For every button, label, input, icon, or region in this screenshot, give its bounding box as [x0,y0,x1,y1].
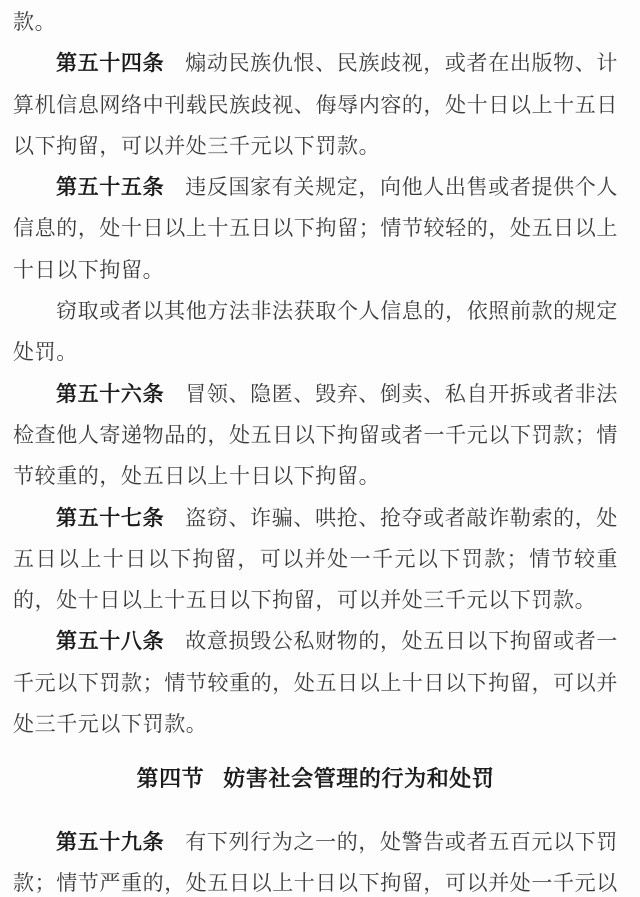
article-55-clause-2-paragraph: 窃取或者以其他方法非法获取个人信息的，依照前款的规定处罚。 [13,291,618,374]
paragraph-text: 款。 [13,10,56,34]
document-page: 款。 第五十四条煽动民族仇恨、民族歧视，或者在出版物、计算机信息网络中刊载民族歧… [0,0,640,897]
article-55-number: 第五十五条 [56,176,185,199]
article-55-clause-2-text: 窃取或者以其他方法非法获取个人信息的，依照前款的规定处罚。 [13,299,618,364]
article-58-paragraph: 第五十八条故意损毁公私财物的，处五日以下拘留或者一千元以下罚款；情节较重的，处五… [13,621,618,745]
article-59-number: 第五十九条 [56,831,185,854]
article-54-number: 第五十四条 [56,52,185,75]
article-56-paragraph: 第五十六条冒领、隐匿、毁弃、倒卖、私自开拆或者非法检查他人寄递物品的，处五日以下… [13,374,618,498]
article-56-number: 第五十六条 [56,383,185,406]
article-54-paragraph: 第五十四条煽动民族仇恨、民族歧视，或者在出版物、计算机信息网络中刊载民族歧视、侮… [13,43,618,167]
section-heading: 第四节妨害社会管理的行为和处罚 [13,758,618,799]
paragraph-continuation: 款。 [13,2,618,43]
section-heading-title: 妨害社会管理的行为和处罚 [223,766,494,791]
article-57-paragraph: 第五十七条盗窃、诈骗、哄抢、抢夺或者敲诈勒索的，处五日以上十日以下拘留，可以并处… [13,498,618,622]
article-58-number: 第五十八条 [56,630,185,653]
article-55-paragraph: 第五十五条违反国家有关规定，向他人出售或者提供个人信息的，处十日以上十五日以下拘… [13,167,618,291]
section-heading-label: 第四节 [136,766,204,791]
article-59-paragraph: 第五十九条有下列行为之一的，处警告或者五百元以下罚款；情节严重的，处五日以上十日… [13,822,618,897]
article-57-number: 第五十七条 [56,507,185,530]
